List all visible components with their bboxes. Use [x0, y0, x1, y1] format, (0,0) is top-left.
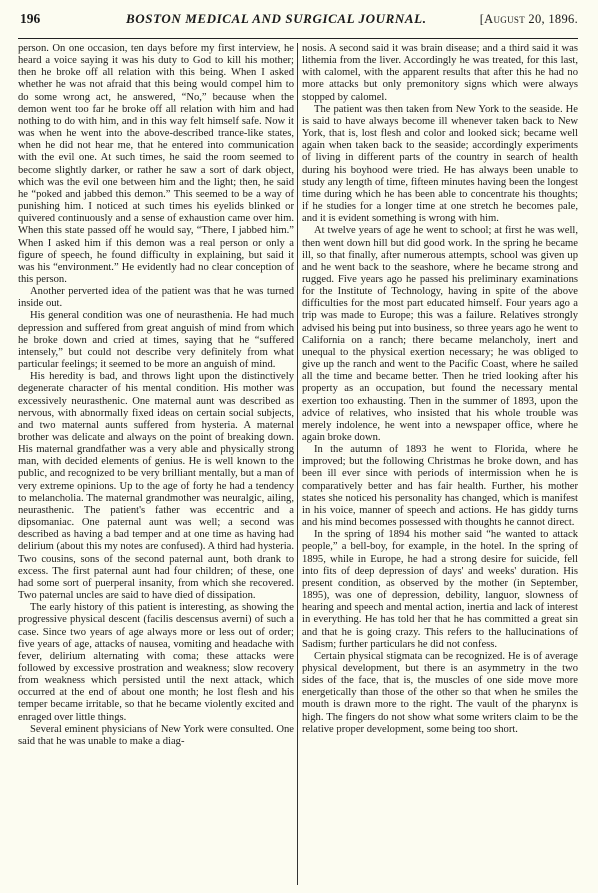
paragraph: person. On one occasion, ten days before…: [18, 43, 294, 286]
paragraph: His heredity is bad, and throws light up…: [18, 371, 294, 602]
paragraph: His general condition was one of neurast…: [18, 310, 294, 371]
journal-title: BOSTON MEDICAL AND SURGICAL JOURNAL.: [126, 9, 427, 29]
paragraph: In the spring of 1894 his mother said “h…: [302, 529, 578, 651]
paragraph: The early history of this patient is int…: [18, 602, 294, 724]
left-column: person. On one occasion, ten days before…: [18, 43, 294, 748]
paragraph: Another perverted idea of the patient wa…: [18, 286, 294, 310]
page-number: 196: [20, 9, 40, 29]
paragraph: Several eminent physicians of New York w…: [18, 724, 294, 748]
paragraph: In the autumn of 1893 he went to Florida…: [302, 444, 578, 529]
paragraph: The patient was then taken from New York…: [302, 104, 578, 226]
running-header: 196 BOSTON MEDICAL AND SURGICAL JOURNAL.…: [18, 9, 578, 29]
paragraph: At twelve years of age he went to school…: [302, 225, 578, 444]
paragraph: Certain physical stigmata can be recogni…: [302, 651, 578, 736]
paragraph: nosis. A second said it was brain diseas…: [302, 43, 578, 104]
right-column: nosis. A second said it was brain diseas…: [302, 43, 578, 736]
issue-date: [August 20, 1896.: [480, 9, 578, 29]
column-divider: [297, 43, 298, 885]
header-rule: [18, 38, 578, 39]
